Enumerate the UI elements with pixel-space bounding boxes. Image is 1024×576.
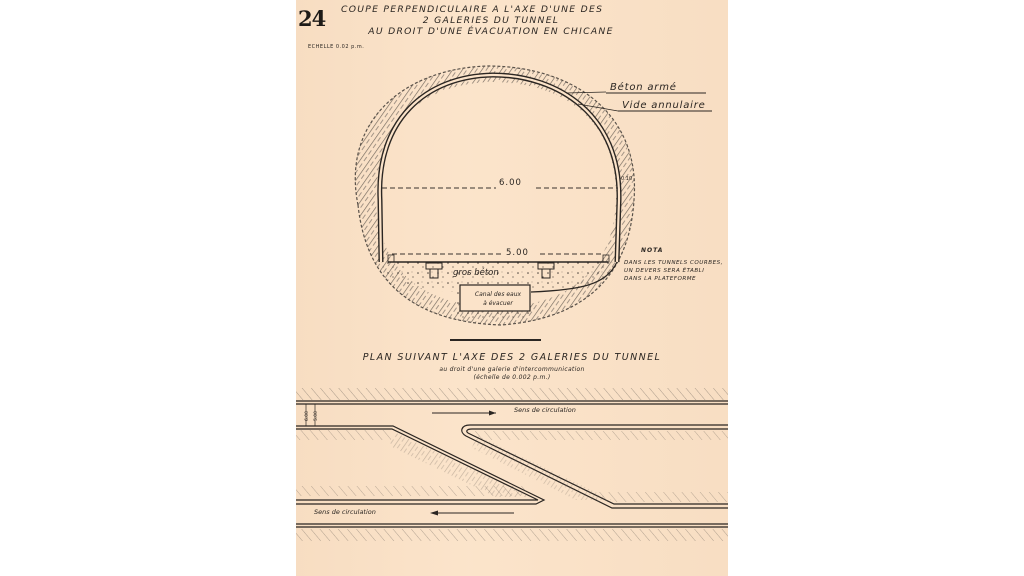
dimension-width-upper: 6.00 (499, 178, 522, 188)
label-vide-annulaire: Vide annulaire (622, 100, 706, 111)
direction-label-bottom: Sens de circulation (314, 508, 376, 516)
label-beton-arme: Béton armé (610, 82, 677, 93)
svg-text:5.00: 5.00 (313, 411, 319, 421)
plan-subtitle-line-2: (échelle de 0.002 p.m.) (296, 374, 728, 382)
plan-subtitle: au droit d'une galerie d'intercommunicat… (296, 366, 728, 382)
nota-title: NOTA (641, 247, 663, 254)
divider (450, 339, 541, 341)
dimension-width-lower: 5.00 (506, 248, 529, 258)
label-canal: Canal des eaux à évacuer (464, 290, 532, 308)
svg-text:6.00: 6.00 (304, 411, 310, 421)
canal-line-2: à évacuer (464, 299, 532, 308)
direction-label-top: Sens de circulation (514, 406, 576, 414)
plan-title: PLAN SUIVANT L'AXE DES 2 GALERIES DU TUN… (296, 352, 728, 363)
document-page: 24 COUPE PERPENDICULAIRE A L'AXE D'UNE D… (296, 0, 728, 576)
plan-view: 6.00 5.00 (296, 388, 728, 541)
nota-text: DANS LES TUNNELS COURBES, UN DEVERS SERA… (624, 259, 724, 283)
canal-line-1: Canal des eaux (464, 290, 532, 299)
dimension-lining: 0.10 (621, 176, 632, 182)
plan-subtitle-line-1: au droit d'une galerie d'intercommunicat… (296, 366, 728, 374)
label-gros-beton: gros béton (453, 268, 499, 278)
